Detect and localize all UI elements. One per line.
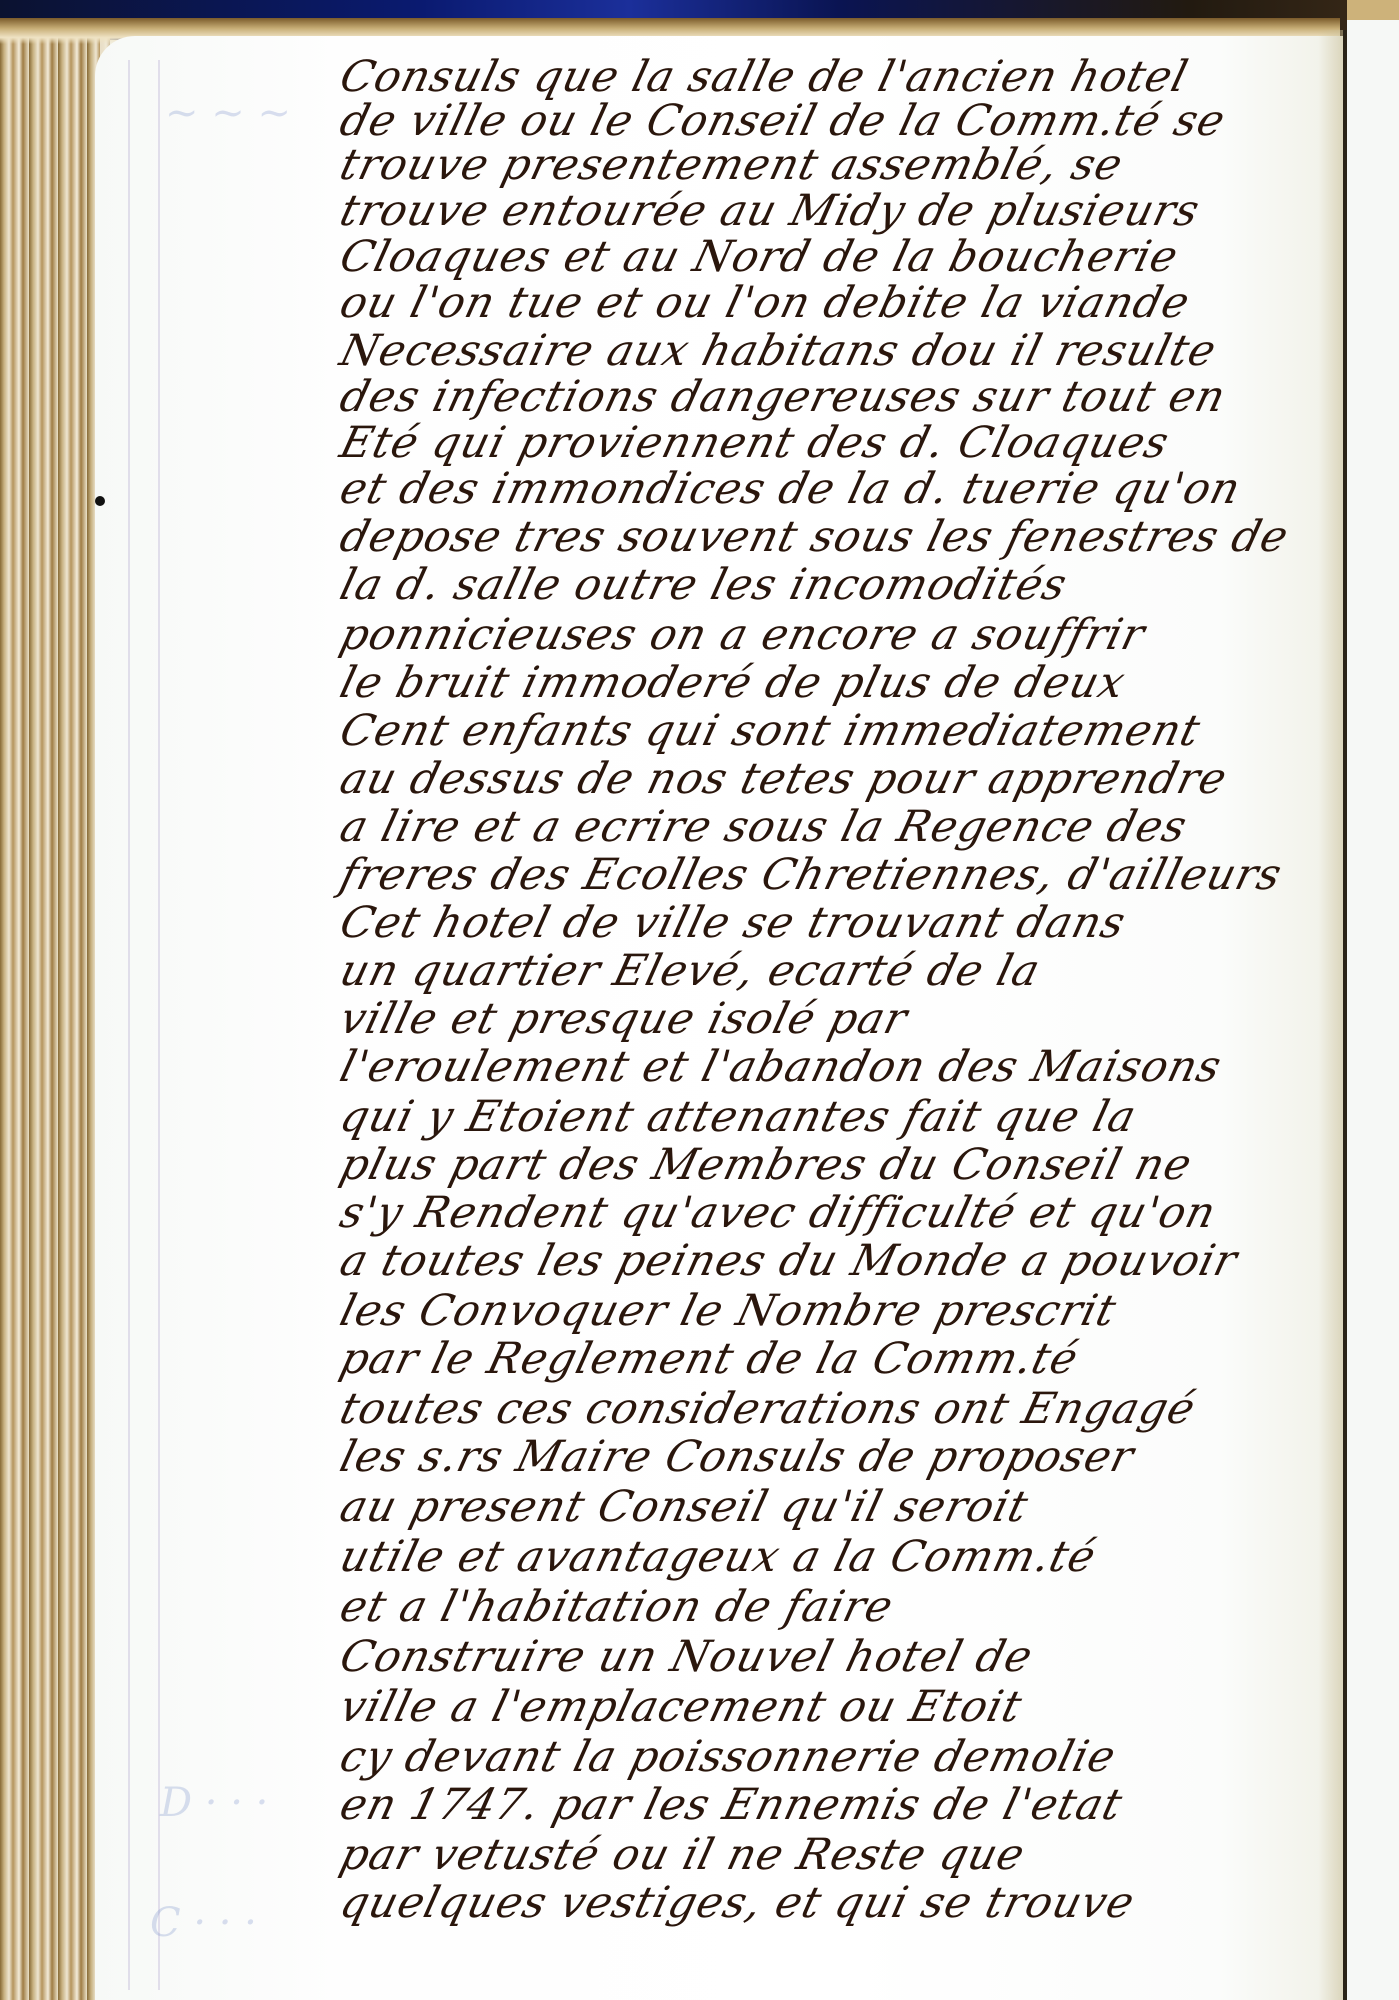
text-line: les s.rs Maire Consuls de proposer (335, 1432, 1139, 1482)
text-line: des infections dangereuses sur tout en (335, 372, 1231, 422)
text-line: trouve presentement assemblé, se (335, 140, 1128, 190)
text-line: Cent enfants qui sont immediatement (335, 706, 1206, 756)
text-line: ou l'on tue et ou l'on debite la viande (335, 278, 1195, 328)
text-line: la d. salle outre les incomodités (335, 560, 1072, 610)
text-line: par le Reglement de la Comm.té (335, 1334, 1084, 1384)
margin-rule (158, 60, 160, 1990)
text-line: Cet hotel de ville se trouvant dans (335, 898, 1131, 948)
text-line: a toutes les peines du Monde a pouvoir (335, 1236, 1243, 1286)
text-line: les Convoquer le Nombre prescrit (335, 1286, 1122, 1336)
text-line: plus part des Membres du Conseil ne (335, 1140, 1197, 1190)
margin-rule (128, 60, 130, 1990)
text-line: qui y Etoient attenantes fait que la (335, 1092, 1142, 1142)
text-line: ville et presque isolé par (335, 994, 913, 1044)
text-line: Cloaques et au Nord de la boucherie (335, 232, 1183, 282)
text-line: Necessaire aux habitans dou il resulte (335, 326, 1222, 376)
bleed-through-text: ~ ~ ~ (165, 90, 291, 136)
text-line: le bruit immoderé de plus de deux (335, 658, 1131, 708)
gutter-shadow (1318, 30, 1344, 2000)
manuscript-scan: ~ ~ ~ D · · · C · · · Consuls que la sal… (0, 0, 1399, 2000)
bleed-through-text: D · · · (160, 1780, 268, 1826)
text-line: au present Conseil qu'il seroit (335, 1482, 1034, 1532)
text-line: trouve entourée au Midy de plusieurs (335, 186, 1205, 236)
text-line: freres des Ecolles Chretiennes, d'ailleu… (335, 850, 1287, 900)
text-line: un quartier Elevé, ecarté de la (335, 946, 1045, 996)
text-line: Eté qui proviennent des d. Cloaques (335, 418, 1174, 468)
text-line: par vetusté ou il ne Reste que (335, 1830, 1030, 1880)
text-line: en 1747. par les Ennemis de l'etat (335, 1780, 1128, 1830)
text-line: ville a l'emplacement ou Etoit (335, 1682, 1027, 1732)
bleed-through-text: C · · · (150, 1900, 257, 1946)
text-line: depose tres souvent sous les fenestres d… (335, 512, 1294, 562)
text-line: quelques vestiges, et qui se trouve (335, 1878, 1140, 1928)
text-line: ponnicieuses on a encore a souffrir (335, 610, 1150, 660)
text-line: a lire et a ecrire sous la Regence des (335, 802, 1192, 852)
text-line: de ville ou le Conseil de la Comm.té se (335, 96, 1231, 146)
text-line: et a l'habitation de faire (335, 1582, 898, 1632)
facing-page (1347, 20, 1399, 2000)
text-line: s'y Rendent qu'avec difficulté et qu'on (335, 1188, 1221, 1238)
text-line: Consuls que la salle de l'ancien hotel (335, 52, 1193, 102)
text-line: et des immondices de la d. tuerie qu'on (335, 464, 1246, 514)
text-line: utile et avantageux a la Comm.té (335, 1532, 1101, 1582)
text-line: cy devant la poissonnerie demolie (335, 1732, 1121, 1782)
page-stack-edge (0, 18, 110, 2000)
text-line: toutes ces considerations ont Engagé (335, 1384, 1201, 1434)
text-line: l'eroulement et l'abandon des Maisons (335, 1042, 1227, 1092)
ink-dot (95, 496, 105, 506)
text-line: au dessus de nos tetes pour apprendre (335, 754, 1232, 804)
text-line: Construire un Nouvel hotel de (335, 1632, 1038, 1682)
